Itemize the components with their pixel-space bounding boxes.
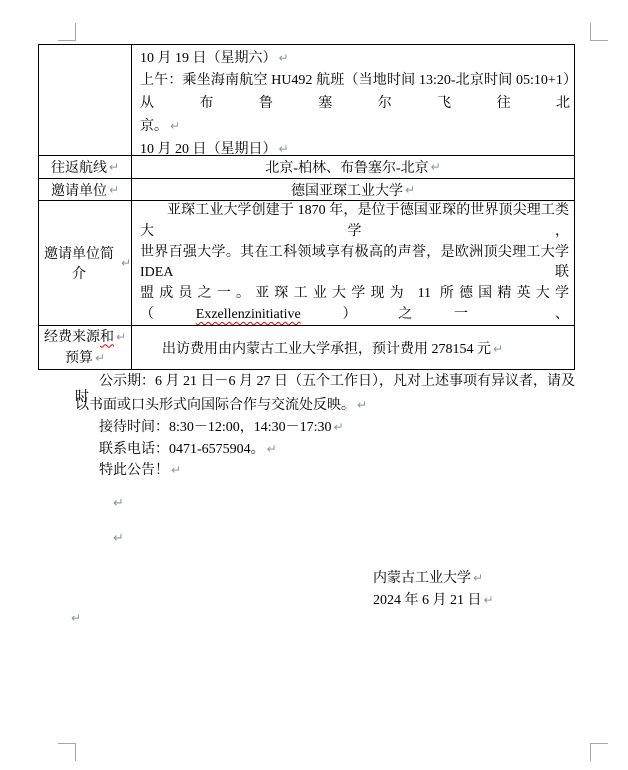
route-label-cell: 往返航线↵: [39, 156, 132, 179]
funding-label-line1: 经费来源和↵: [44, 327, 126, 348]
paragraph-mark-icon: ↵: [279, 142, 289, 156]
paragraph-mark-icon: ↵: [267, 442, 277, 456]
inviter-value: 德国亚琛工业大学: [291, 180, 403, 200]
intro-text: 亚琛工业大学创建于 1870 年，是位于德国亚琛的世界顶尖理工类大学，: [140, 203, 569, 239]
paragraph-mark-icon: ↵: [170, 119, 180, 133]
intro-line: 盟成员之一。亚琛工业大学现为 11 所德国精英大学（Exzellenziniti…: [140, 284, 569, 326]
reception-hours-line: 接待时间：8:30－12:00，14:30－17:30↵: [75, 419, 344, 436]
paragraph-mark-icon: ↵: [431, 160, 441, 174]
paragraph-mark-icon: ↵: [405, 183, 415, 197]
text-boundary-mark-bottom-left: [58, 743, 76, 761]
intro-label-cell: 邀请单位简介↵: [39, 201, 132, 326]
itinerary-date-1: 10 月 19 日（星期六）↵: [140, 47, 570, 70]
inviter-label-cell: 邀请单位↵: [39, 179, 132, 201]
text-boundary-mark-top-left: [58, 23, 76, 41]
empty-paragraph-2: ↵: [111, 531, 124, 547]
itinerary-date-2: 10 月 20 日（星期日）↵: [140, 138, 570, 156]
itinerary-text: 京。: [140, 119, 168, 134]
text-boundary-mark-top-right: [590, 23, 608, 41]
itinerary-cell: 10 月 19 日（星期六）↵ 上午：乘坐海南航空 HU492 航班（当地时间 …: [132, 45, 575, 156]
route-value: 北京-柏林、布鲁塞尔-北京: [265, 157, 428, 177]
itinerary-text: 上午：乘坐海南航空 HU492 航班（当地时间 13:20-北京时间 05:10…: [140, 73, 570, 110]
funding-label-cell: 经费来源和↵ 预算↵: [39, 326, 132, 370]
intro-text: 世界百强大学。其在工科领域享有极高的声誉，是欧洲顶尖理工大学 IDEA 联: [140, 245, 569, 281]
itinerary-text: 10 月 19 日（星期六）: [140, 51, 277, 66]
paragraph-mark-icon: ↵: [95, 351, 105, 365]
paragraph-mark-icon: ↵: [109, 183, 119, 197]
paragraph-mark-icon: ↵: [171, 463, 181, 477]
paragraph-mark-icon: ↵: [279, 51, 289, 65]
signature-text: 内蒙古工业大学: [373, 571, 471, 586]
itinerary-empty-label-cell: [39, 45, 132, 156]
route-value-cell: 北京-柏林、布鲁塞尔-北京↵: [132, 156, 575, 179]
document-page: 10 月 19 日（星期六）↵ 上午：乘坐海南航空 HU492 航班（当地时间 …: [0, 0, 628, 770]
paragraph-mark-icon: ↵: [493, 342, 503, 356]
funding-label-text: 经费来源: [44, 330, 100, 345]
reception-text: 接待时间：8:30－12:00，14:30－17:30: [99, 420, 332, 435]
paragraph-mark-icon: ↵: [357, 398, 367, 412]
paragraph-mark-icon: ↵: [484, 593, 494, 607]
itinerary-flight-line-end: 京。↵: [140, 115, 570, 138]
paragraph-mark-icon: ↵: [116, 330, 126, 344]
date-text: 2024 年 6 月 21 日: [373, 593, 482, 608]
intro-line: 亚琛工业大学创建于 1870 年，是位于德国亚琛的世界顶尖理工类大学，: [140, 201, 569, 243]
text-boundary-mark-bottom-right: [590, 743, 608, 761]
intro-cell: 亚琛工业大学创建于 1870 年，是位于德国亚琛的世界顶尖理工类大学， 世界百强…: [132, 201, 575, 326]
intro-text: ）之一 、: [301, 307, 569, 322]
date-line: 2024 年 6 月 21 日↵: [373, 592, 494, 609]
funding-label-text: 预算: [65, 351, 93, 366]
signature-line: 内蒙古工业大学↵: [373, 570, 483, 587]
inviter-value-cell: 德国亚琛工业大学↵: [132, 179, 575, 201]
trip-publicity-table: 10 月 19 日（星期六）↵ 上午：乘坐海南航空 HU492 航班（当地时间 …: [38, 44, 575, 370]
paragraph-mark-icon: ↵: [113, 496, 124, 511]
paragraph-mark-icon: ↵: [334, 420, 344, 434]
spellcheck-flagged-word: 和: [100, 330, 114, 345]
funding-label-line2: 预算↵: [65, 348, 105, 369]
announcement-line: 特此公告！↵: [75, 462, 181, 479]
intro-label: 邀请单位简介: [39, 243, 119, 283]
itinerary-text: 10 月 20 日（星期日）: [140, 142, 277, 156]
notice-period-line2: 以书面或口头形式向国际合作与交流处反映。↵: [75, 397, 367, 414]
empty-paragraph-1: ↵: [111, 496, 124, 512]
paragraph-mark-icon: ↵: [71, 611, 81, 625]
route-label: 往返航线: [51, 157, 107, 177]
paragraph-mark-icon: ↵: [121, 256, 131, 270]
funding-value-cell: 出访费用由内蒙古工业大学承担，预计费用 278154 元↵: [132, 326, 575, 370]
phone-text: 联系电话：0471-6575904。: [99, 442, 265, 457]
inviter-label: 邀请单位: [51, 180, 107, 200]
paragraph-mark-icon: ↵: [473, 571, 483, 585]
funding-value-text: 出访费用由内蒙古工业大学承担，预计费用 278154 元: [162, 342, 491, 357]
spellcheck-flagged-word: Exzellenzinitiative: [196, 307, 301, 322]
empty-paragraph-3: ↵: [69, 610, 81, 627]
notice-text: 以书面或口头形式向国际合作与交流处反映。: [75, 398, 355, 413]
funding-value-line: 出访费用由内蒙古工业大学承担，预计费用 278154 元↵: [132, 338, 503, 358]
paragraph-mark-icon: ↵: [109, 160, 119, 174]
itinerary-flight-line: 上午：乘坐海南航空 HU492 航班（当地时间 13:20-北京时间 05:10…: [140, 70, 570, 115]
contact-phone-line: 联系电话：0471-6575904。↵: [75, 441, 277, 458]
announcement-text: 特此公告！: [99, 463, 169, 478]
intro-line: 世界百强大学。其在工科领域享有极高的声誉，是欧洲顶尖理工大学 IDEA 联: [140, 243, 569, 285]
paragraph-mark-icon: ↵: [113, 531, 124, 546]
